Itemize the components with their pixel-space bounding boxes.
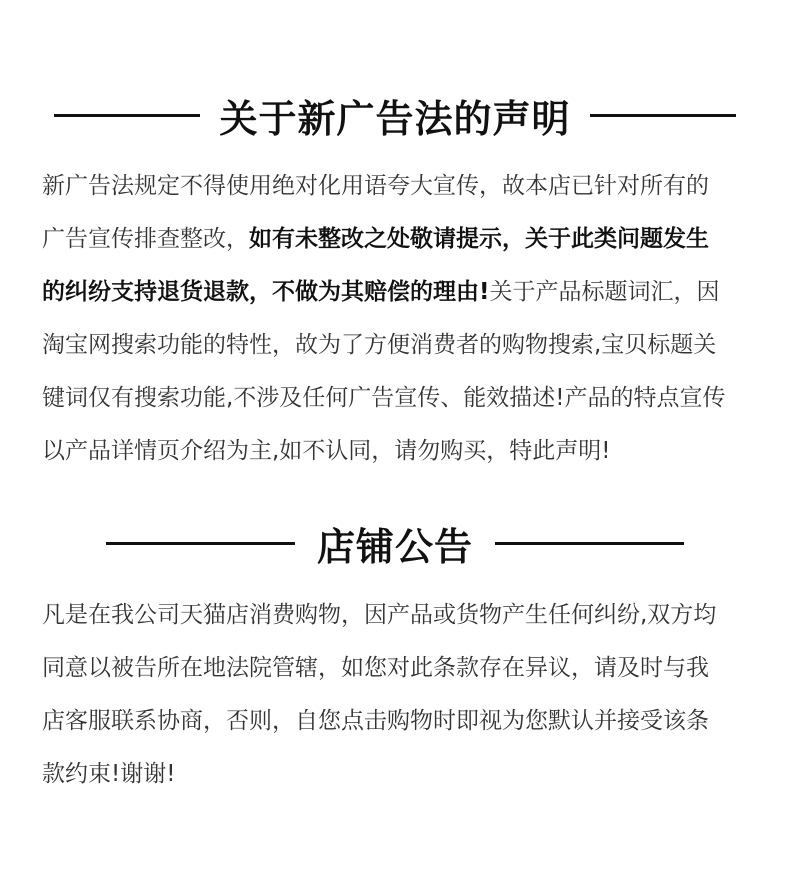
emphasized-text: 的纠纷支持退货退款，不做为其赔偿的理由! [42, 279, 490, 305]
section-title: 关于新广告法的声明 [219, 88, 570, 143]
text-line: 广告宣传排查整改，如有未整改之处敬请提示，关于此类问题发生 [42, 213, 767, 266]
text-segment: 店客服联系协商，否则，自您点击购物时即视为您默认并接受该条 [42, 708, 709, 734]
text-segment: 新广告法规定不得使用绝对化用语夸大宣传，故本店已针对所有的 [42, 173, 709, 199]
text-line: 的纠纷支持退货退款，不做为其赔偿的理由!关于产品标题词汇，因 [42, 266, 767, 319]
heading-divider-right [495, 542, 684, 545]
text-segment: 同意以被告所在地法院管辖，如您对此条款存在异议，请及时与我 [42, 655, 709, 681]
text-line: 淘宝网搜索功能的特性，故为了方便消费者的购物搜索,宝贝标题关 [42, 319, 767, 372]
emphasized-text: 如有未整改之处敬请提示，关于此类问题发生 [249, 226, 709, 252]
text-segment: 广告宣传排查整改， [42, 226, 249, 252]
store-notice-text: 凡是在我公司天猫店消费购物，因产品或货物产生任何纠纷,双方均 同意以被告所在地法… [42, 589, 767, 801]
heading-divider-left [106, 542, 295, 545]
ad-law-statement-text: 新广告法规定不得使用绝对化用语夸大宣传，故本店已针对所有的 广告宣传排查整改，如… [42, 160, 767, 478]
section-heading-ad-law: 关于新广告法的声明 [0, 85, 790, 145]
text-line: 店客服联系协商，否则，自您点击购物时即视为您默认并接受该条 [42, 695, 767, 748]
text-segment: 淘宝网搜索功能的特性，故为了方便消费者的购物搜索,宝贝标题关 [42, 332, 716, 358]
heading-divider-right [590, 114, 736, 117]
text-segment: 凡是在我公司天猫店消费购物，因产品或货物产生任何纠纷,双方均 [42, 602, 716, 628]
text-line: 键词仅有搜索功能,不涉及任何广告宣传、能效描述!产品的特点宣传 [42, 372, 767, 425]
text-line: 凡是在我公司天猫店消费购物，因产品或货物产生任何纠纷,双方均 [42, 589, 767, 642]
text-segment: 款约束!谢谢! [42, 761, 175, 787]
heading-divider-left [54, 114, 200, 117]
text-segment: 以产品详情页介绍为主,如不认同，请勿购买，特此声明! [42, 438, 611, 464]
text-line: 新广告法规定不得使用绝对化用语夸大宣传，故本店已针对所有的 [42, 160, 767, 213]
section-heading-store-notice: 店铺公告 [0, 513, 790, 573]
text-segment: 键词仅有搜索功能,不涉及任何广告宣传、能效描述!产品的特点宣传 [42, 385, 726, 411]
text-line: 以产品详情页介绍为主,如不认同，请勿购买，特此声明! [42, 425, 767, 478]
text-segment: 关于产品标题词汇，因 [490, 279, 720, 305]
text-line: 款约束!谢谢! [42, 748, 767, 801]
text-line: 同意以被告所在地法院管辖，如您对此条款存在异议，请及时与我 [42, 642, 767, 695]
section-title: 店铺公告 [317, 516, 473, 571]
